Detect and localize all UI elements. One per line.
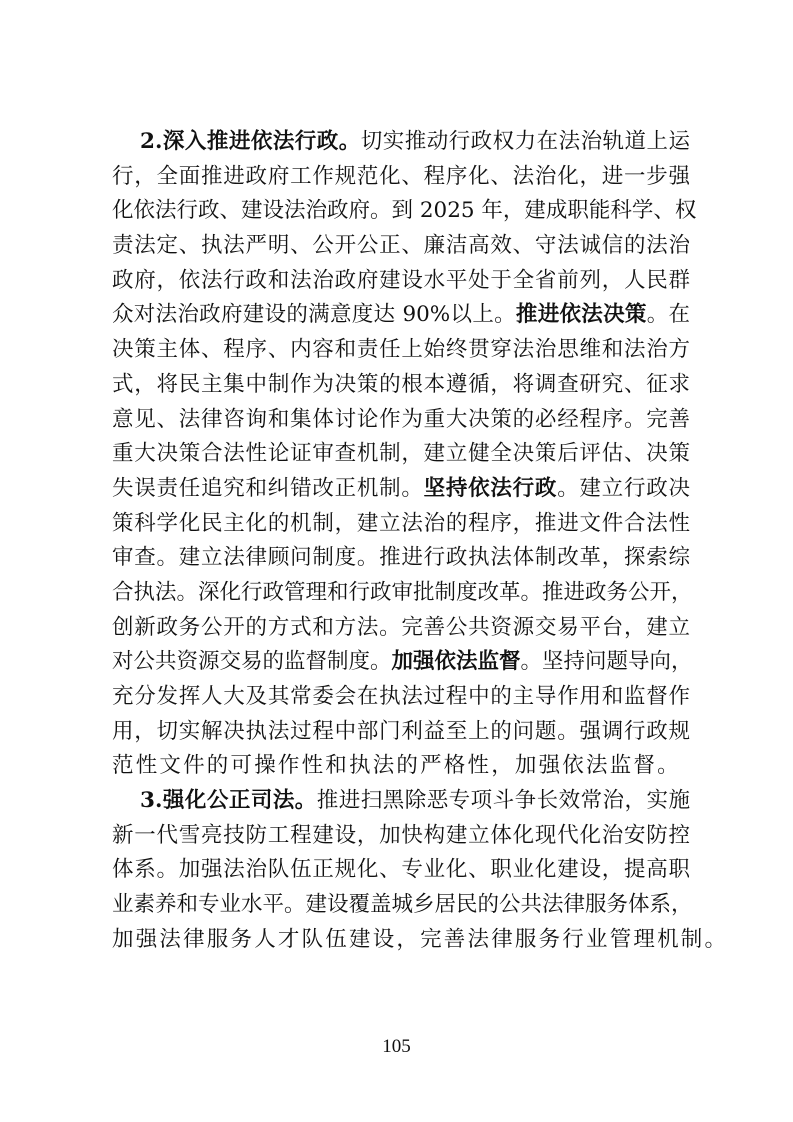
text-line: 创新政务公开的方式和方法。完善公共资源交易平台，建立 xyxy=(112,611,690,646)
text-line: 合执法。深化行政管理和行政审批制度改革。推进政务公开， xyxy=(112,576,690,611)
subheading-administration: 坚持依法行政 xyxy=(424,476,558,501)
text-line: 责法定、执法严明、公开公正、廉洁高效、守法诚信的法治 xyxy=(112,229,690,264)
text-line: 审查。建立法律顾问制度。推进行政执法体制改革，探索综 xyxy=(112,541,690,576)
text-line: 充分发挥人大及其常委会在执法过程中的主导作用和监督作 xyxy=(112,680,690,715)
subheading-supervision: 加强依法监督 xyxy=(392,649,521,674)
page-number: 105 xyxy=(0,1036,793,1058)
text-line: 用，切实解决执法过程中部门利益至上的问题。强调行政规 xyxy=(112,715,690,750)
text-line: 业素养和专业水平。建设覆盖城乡居民的公共法律服务体系， xyxy=(112,888,690,923)
text-line: 行，全面推进政府工作规范化、程序化、法治化，进一步强 xyxy=(112,160,690,195)
document-page: 2.深入推进依法行政。切实推动行政权力在法治轨道上运 行，全面推进政府工作规范化… xyxy=(0,0,793,1122)
text-line: 对公共资源交易的监督制度。加强依法监督。坚持问题导向， xyxy=(112,645,690,680)
text-line: 策科学化民主化的机制，建立法治的程序，推进文件合法性 xyxy=(112,507,690,542)
text-line: 重大决策合法性论证审查机制，建立健全决策后评估、决策 xyxy=(112,437,690,472)
text-line: 失误责任追究和纠错改正机制。坚持依法行政。建立行政决 xyxy=(112,472,690,507)
text-line: 加强法律服务人才队伍建设，完善法律服务行业管理机制。 xyxy=(112,923,690,958)
text-line: 众对法治政府建设的满意度达 90%以上。推进依法决策。在 xyxy=(112,298,690,333)
text-line: 2.深入推进依法行政。切实推动行政权力在法治轨道上运 xyxy=(112,125,690,160)
text-line: 政府，依法行政和法治政府建设水平处于全省前列，人民群 xyxy=(112,264,690,299)
body-text: 2.深入推进依法行政。切实推动行政权力在法治轨道上运 行，全面推进政府工作规范化… xyxy=(112,125,690,958)
text-line: 范性文件的可操作性和执法的严格性，加强依法监督。 xyxy=(112,749,690,784)
section-heading-2: 2.深入推进依法行政。 xyxy=(140,129,361,154)
text-line: 新一代雪亮技防工程建设，加快构建立体化现代化治安防控 xyxy=(112,819,690,854)
subheading-decision: 推进依法决策 xyxy=(516,302,647,327)
text-line: 决策主体、程序、内容和责任上始终贯穿法治思维和法治方 xyxy=(112,333,690,368)
text-line: 化依法行政、建设法治政府。到 2025 年，建成职能科学、权 xyxy=(112,194,690,229)
text-line: 式，将民主集中制作为决策的根本遵循，将调查研究、征求 xyxy=(112,368,690,403)
text-line: 3.强化公正司法。推进扫黑除恶专项斗争长效常治，实施 xyxy=(112,784,690,819)
text-line: 意见、法律咨询和集体讨论作为重大决策的必经程序。完善 xyxy=(112,403,690,438)
text-line: 体系。加强法治队伍正规化、专业化、职业化建设，提高职 xyxy=(112,853,690,888)
section-heading-3: 3.强化公正司法。 xyxy=(140,788,317,813)
